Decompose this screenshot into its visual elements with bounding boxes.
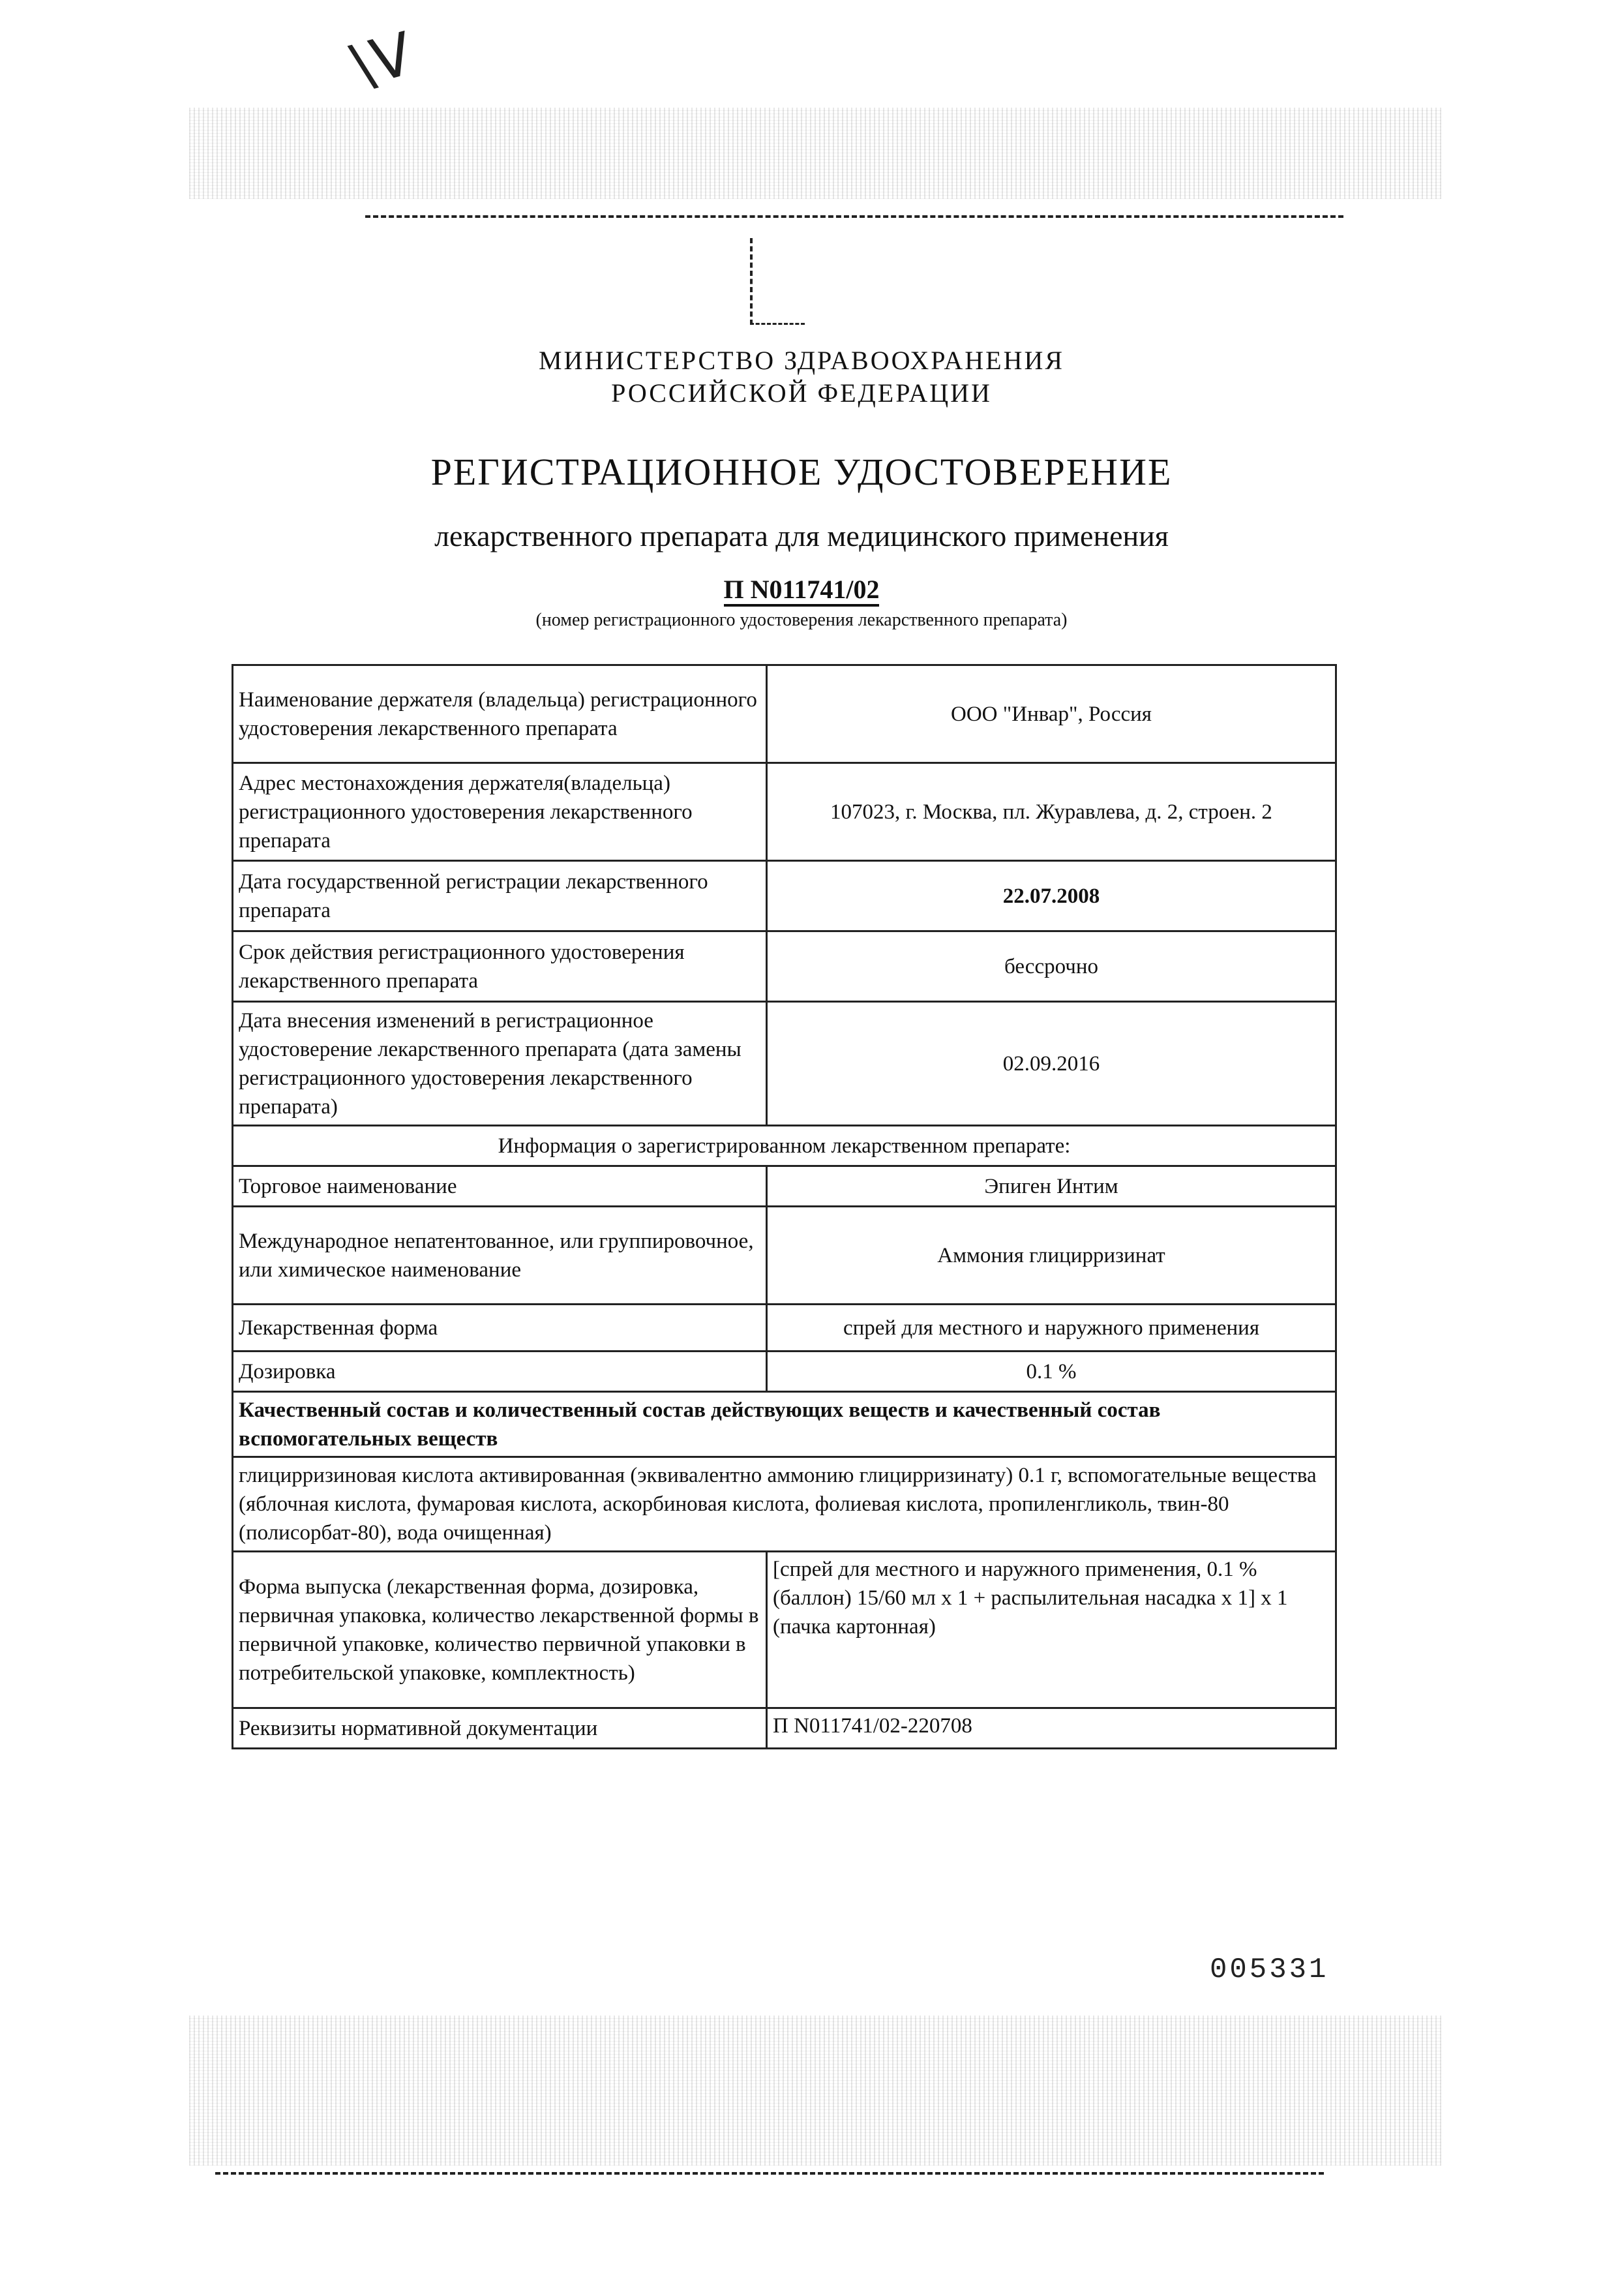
- ministry-line-1: МИНИСТЕРСТВО ЗДРАВООХРАНЕНИЯ: [0, 344, 1603, 377]
- row-value: 22.07.2008: [767, 861, 1336, 931]
- table-row-dosage-form: Лекарственная форма спрей для местного и…: [233, 1305, 1336, 1352]
- state-emblem-icon: [750, 238, 805, 325]
- table-row-validity: Срок действия регистрационного удостовер…: [233, 931, 1336, 1002]
- certificate-number-text: П N011741/02: [724, 575, 880, 607]
- row-label: Адрес местонахождения держателя(владельц…: [233, 763, 767, 861]
- row-label: Международное непатентованное, или групп…: [233, 1207, 767, 1305]
- table-row-release-form: Форма выпуска (лекарственная форма, дози…: [233, 1552, 1336, 1708]
- ministry-name: МИНИСТЕРСТВО ЗДРАВООХРАНЕНИЯ РОССИЙСКОЙ …: [0, 344, 1603, 410]
- row-label: Реквизиты нормативной документации: [233, 1708, 767, 1749]
- row-value: бессрочно: [767, 931, 1336, 1002]
- security-pattern-top: [189, 108, 1441, 199]
- document-title: РЕГИСТРАЦИОННОЕ УДОСТОВЕРЕНИЕ: [0, 450, 1603, 494]
- certificate-number: П N011741/02: [0, 574, 1603, 605]
- row-value: ООО "Инвар", Россия: [767, 665, 1336, 763]
- row-value: 02.09.2016: [767, 1002, 1336, 1126]
- row-label: Дата внесения изменений в регистрационно…: [233, 1002, 767, 1126]
- serial-number: 005331: [1210, 1954, 1328, 1986]
- ministry-line-2: РОССИЙСКОЙ ФЕДЕРАЦИИ: [0, 377, 1603, 410]
- row-value: [спрей для местного и наружного применен…: [767, 1552, 1336, 1708]
- row-value: П N011741/02-220708: [767, 1708, 1336, 1749]
- document-subtitle: лекарственного препарата для медицинског…: [0, 519, 1603, 553]
- row-label: Дозировка: [233, 1352, 767, 1392]
- table-row-registration-date: Дата государственной регистрации лекарст…: [233, 861, 1336, 931]
- composition-text: глицирризиновая кислота активированная (…: [233, 1457, 1336, 1552]
- composition-heading: Качественный состав и количественный сос…: [233, 1392, 1336, 1457]
- table-row-change-date: Дата внесения изменений в регистрационно…: [233, 1002, 1336, 1126]
- row-label: Форма выпуска (лекарственная форма, дози…: [233, 1552, 767, 1708]
- table-row-composition-heading: Качественный состав и количественный сос…: [233, 1392, 1336, 1457]
- row-value: Эпиген Интим: [767, 1166, 1336, 1207]
- certificate-number-caption: (номер регистрационного удостоверения ле…: [0, 610, 1603, 631]
- section-heading: Информация о зарегистрированном лекарств…: [233, 1126, 1336, 1166]
- divider-bottom: [215, 2172, 1324, 2175]
- handwritten-mark: \V: [344, 20, 420, 101]
- table-row-dosage: Дозировка 0.1 %: [233, 1352, 1336, 1392]
- row-label: Наименование держателя (владельца) регис…: [233, 665, 767, 763]
- row-label: Лекарственная форма: [233, 1305, 767, 1352]
- row-label: Торговое наименование: [233, 1166, 767, 1207]
- table-section-heading: Информация о зарегистрированном лекарств…: [233, 1126, 1336, 1166]
- registration-table: Наименование держателя (владельца) регис…: [232, 664, 1337, 1749]
- table-row-address: Адрес местонахождения держателя(владельц…: [233, 763, 1336, 861]
- row-value: 0.1 %: [767, 1352, 1336, 1392]
- security-pattern-bottom: [189, 2016, 1441, 2166]
- row-value: 107023, г. Москва, пл. Журавлева, д. 2, …: [767, 763, 1336, 861]
- row-value: Аммония глицирризинат: [767, 1207, 1336, 1305]
- table-row-normative-docs: Реквизиты нормативной документации П N01…: [233, 1708, 1336, 1749]
- table-row-trade-name: Торговое наименование Эпиген Интим: [233, 1166, 1336, 1207]
- table-row-composition: глицирризиновая кислота активированная (…: [233, 1457, 1336, 1552]
- row-value: спрей для местного и наружного применени…: [767, 1305, 1336, 1352]
- row-label: Дата государственной регистрации лекарст…: [233, 861, 767, 931]
- table-row-holder: Наименование держателя (владельца) регис…: [233, 665, 1336, 763]
- divider-top: [365, 215, 1343, 218]
- row-label: Срок действия регистрационного удостовер…: [233, 931, 767, 1002]
- table-row-inn: Международное непатентованное, или групп…: [233, 1207, 1336, 1305]
